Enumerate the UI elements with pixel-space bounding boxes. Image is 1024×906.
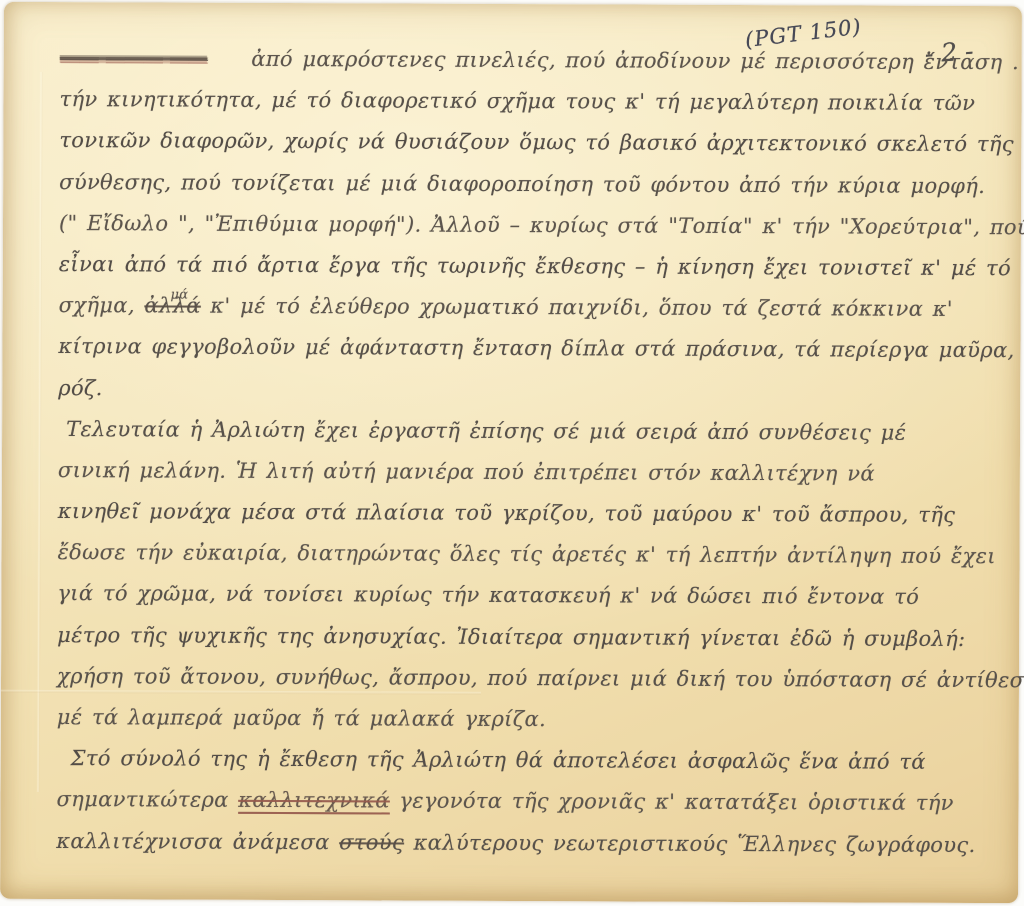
handwritten-strike-red: καλλιτεχνικά: [238, 788, 390, 813]
manuscript-line: χρήση τοῦ ἄτονου, συνήθως, ἄσπρου, πού π…: [57, 664, 981, 709]
handwritten-text: (" Εἴδωλο ", "Ἐπιθύμια μορφή"). Ἀλλοῦ – …: [59, 211, 1024, 239]
handwritten-scribble: —— ——— ——: [60, 46, 242, 71]
archive-reference: (PGT 150): [744, 14, 863, 52]
handwritten-text: γιά τό χρῶμα, νά τονίσει κυρίως τήν κατα…: [57, 581, 919, 609]
manuscript-line: σινική μελάνη. Ἡ λιτή αὐτή μανιέρα πού ἐ…: [58, 458, 982, 503]
handwritten-text: κίτρινα φεγγοβολοῦν μέ ἀφάνταστη ἔνταση …: [58, 334, 1024, 362]
handwritten-text: κ' μέ τό ἐλεύθερο χρωματικό παιχνίδι, ὅπ…: [201, 294, 953, 321]
manuscript-line: τονικῶν διαφορῶν, χωρίς νά θυσιάζουν ὅμω…: [59, 128, 983, 173]
handwritten-strike: στούς: [339, 830, 404, 854]
handwritten-text: σύνθεσης, πού τονίζεται μέ μιά διαφοροπο…: [59, 170, 985, 198]
manuscript-line: ρόζ.: [58, 376, 982, 421]
handwritten-text: τονικῶν διαφορῶν, χωρίς νά θυσιάζουν ὅμω…: [59, 128, 1014, 156]
manuscript-line: καλλιτέχνισσα ἀνάμεσα στούς καλύτερους ν…: [56, 829, 980, 874]
handwritten-text: γεγονότα τῆς χρονιᾶς κ' κατατάξει ὁριστι…: [390, 789, 954, 815]
handwritten-text: καλλιτέχνισσα ἀνάμεσα: [56, 829, 339, 854]
manuscript-line: Τελευταία ἡ Ἀρλιώτη ἔχει ἐργαστῆ ἐπίσης …: [66, 417, 982, 462]
manuscript-line: (" Εἴδωλο ", "Ἐπιθύμια μορφή"). Ἀλλοῦ – …: [59, 211, 983, 256]
handwritten-text: ρόζ.: [58, 376, 103, 400]
handwritten-text: μέτρο τῆς ψυχικῆς της ἀνησυχίας. Ἰδιαίτε…: [57, 623, 965, 651]
handwritten-text: κινηθεῖ μονάχα μέσα στά πλαίσια τοῦ γκρί…: [58, 499, 956, 527]
handwritten-text: ἔδωσε τήν εὐκαιρία, διατηρώντας ὅλες τίς…: [58, 540, 996, 568]
handwritten-text: Στό σύνολό της ἡ ἔκθεση τῆς Ἀρλιώτη θά ἀ…: [71, 746, 926, 774]
handwritten-text: σχῆμα,: [59, 293, 145, 317]
manuscript-line: τήν κινητικότητα, μέ τό διαφορετικό σχῆμ…: [59, 87, 983, 132]
manuscript-line: —— ——— —— ἀπό μακρόστενες πινελιές, πού …: [60, 46, 984, 91]
handwritten-text: Τελευταία ἡ Ἀρλιώτη ἔχει ἐργαστῆ ἐπίσης …: [66, 417, 906, 445]
manuscript-line: σχῆμα, μάἀλλά κ' μέ τό ἐλεύθερο χρωματικ…: [59, 293, 983, 338]
handwritten-text: ἀπό μακρόστενες πινελιές, πού ἀποδίνουν …: [242, 47, 1019, 74]
manuscript-body: —— ——— —— ἀπό μακρόστενες πινελιές, πού …: [56, 46, 984, 874]
manuscript-line: σύνθεσης, πού τονίζεται μέ μιά διαφοροπο…: [59, 170, 983, 215]
manuscript-line: σημαντικώτερα καλλιτεχνικά γεγονότα τῆς …: [56, 787, 980, 832]
manuscript-line: γιά τό χρῶμα, νά τονίσει κυρίως τήν κατα…: [57, 581, 981, 626]
handwritten-text: καλύτερους νεωτεριστικούς Ἕλληνες ζωγράφ…: [404, 830, 976, 856]
manuscript-line: εἶναι ἀπό τά πιό ἄρτια ἔργα τῆς τωρινῆς …: [59, 252, 983, 297]
handwritten-text: σινική μελάνη. Ἡ λιτή αὐτή μανιέρα πού ἐ…: [58, 458, 875, 486]
handwritten-text: χρήση τοῦ ἄτονου, συνήθως, ἄσπρου, πού π…: [57, 664, 1024, 692]
manuscript-line: Στό σύνολό της ἡ ἔκθεση τῆς Ἀρλιώτη θά ἀ…: [71, 746, 981, 791]
manuscript-line: ἔδωσε τήν εὐκαιρία, διατηρώντας ὅλες τίς…: [57, 540, 981, 585]
handwritten-text: μέ τά λαμπερά μαῦρα ἤ τά μαλακά γκρίζα.: [57, 705, 546, 731]
manuscript-line: μέτρο τῆς ψυχικῆς της ἀνησυχίας. Ἰδιαίτε…: [57, 623, 981, 668]
handwritten-text: εἶναι ἀπό τά πιό ἄρτια ἔργα τῆς τωρινῆς …: [59, 252, 1011, 280]
paper-crease-vertical: [37, 72, 43, 792]
manuscript-line: μέ τά λαμπερά μαῦρα ἤ τά μαλακά γκρίζα.: [57, 705, 981, 750]
manuscript-page: (PGT 150) - 2 - —— ——— —— ἀπό μακρόστενε…: [0, 2, 1022, 903]
handwritten-text: τήν κινητικότητα, μέ τό διαφορετικό σχῆμ…: [59, 87, 975, 115]
manuscript-line: κινηθεῖ μονάχα μέσα στά πλαίσια τοῦ γκρί…: [58, 499, 982, 544]
manuscript-line: κίτρινα φεγγοβολοῦν μέ ἀφάνταστη ἔνταση …: [58, 334, 982, 379]
handwritten-text: σημαντικώτερα: [56, 787, 238, 812]
